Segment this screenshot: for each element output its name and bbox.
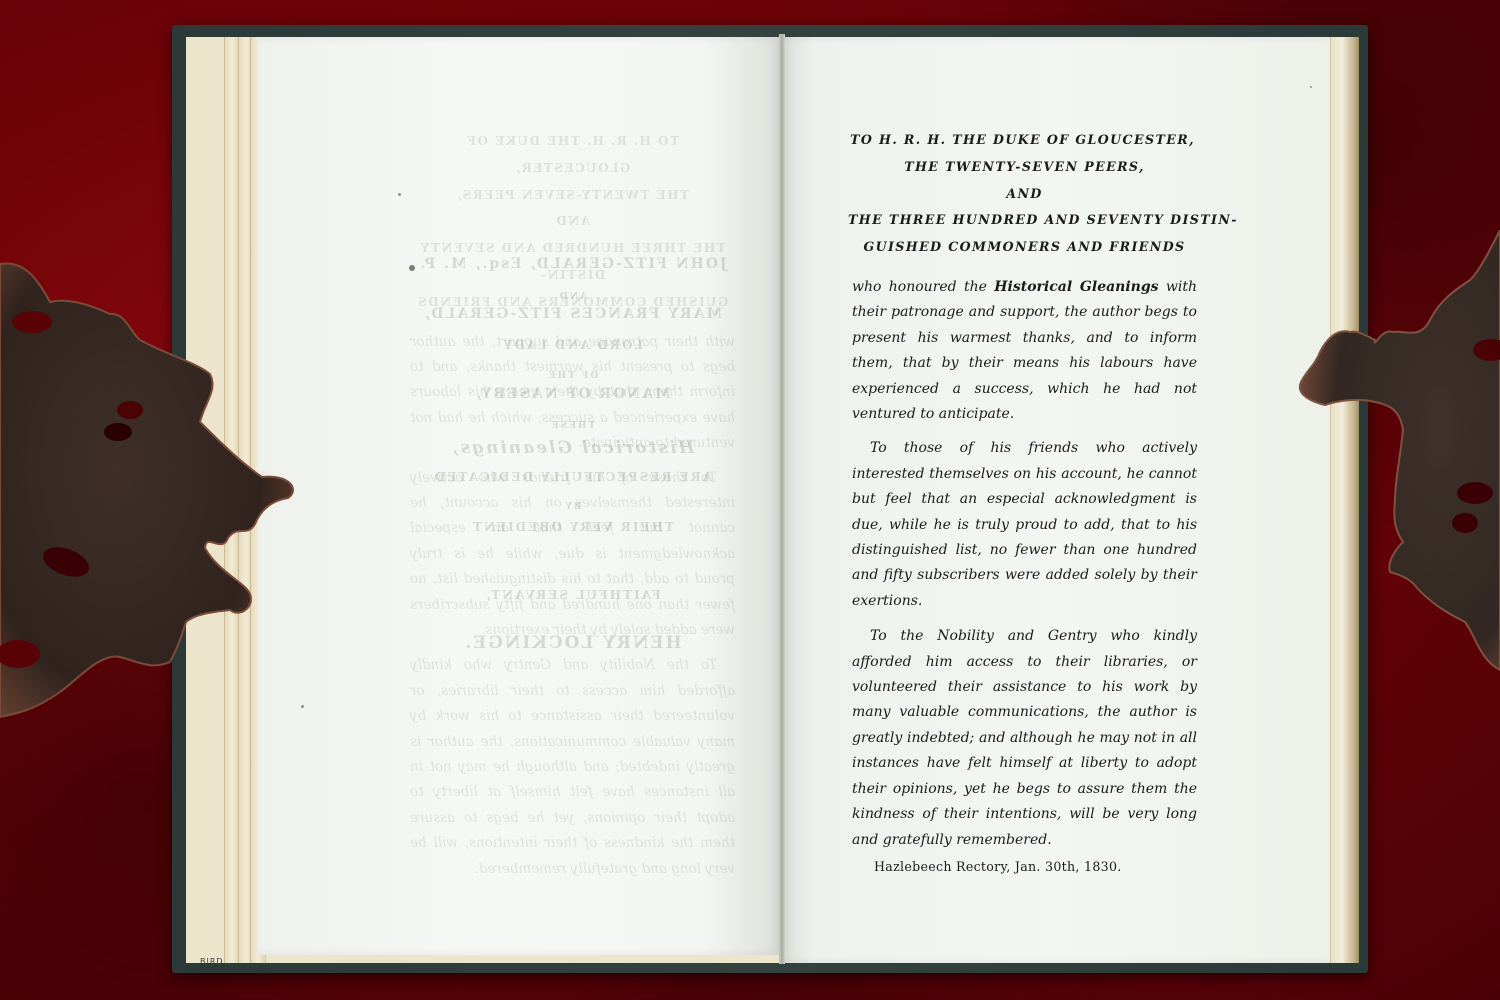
ghost-paragraph: To the Nobility and Gentry who kindly af… [410, 653, 735, 882]
paragraph-thanks: who honoured the Historical Gleanings wi… [852, 275, 1197, 427]
ghost-paragraph: To those of his friends who actively int… [410, 466, 735, 644]
ghost-heading: AND [410, 208, 735, 235]
ghost-paragraph: with their patronage and support, the au… [410, 330, 735, 457]
book-gutter [779, 34, 785, 964]
heading-line: GUISHED COMMONERS AND FRIENDS [852, 234, 1197, 261]
ghost-heading: THE THREE HUNDRED AND SEVENTY DISTIN- [410, 235, 735, 289]
paper-speck [409, 265, 415, 271]
signature-dateline: Hazlebeech Rectory, Jan. 30th, 1830. [874, 859, 1197, 874]
heading-line: AND [852, 181, 1197, 208]
ghost-heading: GUISHED COMMONERS AND FRIENDS [410, 289, 735, 316]
dedication-text: TO H. R. H. THE DUKE OF GLOUCESTER, THE … [852, 127, 1197, 874]
paper-speck [398, 193, 401, 196]
heading-line: TO H. R. H. THE DUKE OF GLOUCESTER, [848, 127, 1197, 154]
text-run: who honoured the [852, 279, 994, 295]
paragraph-friends: To those of his friends who actively int… [852, 436, 1197, 614]
heading-line: THE THREE HUNDRED AND SEVENTY DISTIN- [848, 207, 1197, 234]
ghost-heading: TO H. R. H. THE DUKE OF GLOUCESTER, [410, 128, 735, 182]
text-run: with their patronage and support, the au… [852, 279, 1197, 422]
paper-speck [1310, 86, 1312, 88]
left-page-mirror-showthrough: TO H. R. H. THE DUKE OF GLOUCESTER, THE … [410, 128, 735, 882]
left-page-weight-icon[interactable] [0, 262, 300, 722]
ghost-heading: THE TWENTY-SEVEN PEERS, [410, 182, 735, 209]
heading-line: THE TWENTY-SEVEN PEERS, [852, 154, 1197, 181]
right-page-weight-icon[interactable] [1295, 230, 1500, 700]
binder-label: BIRD [200, 957, 224, 966]
dedication-heading: TO H. R. H. THE DUKE OF GLOUCESTER, THE … [852, 127, 1197, 261]
book-title-emphasis: Historical Gleanings [994, 279, 1158, 295]
paragraph-nobility: To the Nobility and Gentry who kindly af… [852, 624, 1197, 853]
paper-speck [301, 705, 304, 708]
